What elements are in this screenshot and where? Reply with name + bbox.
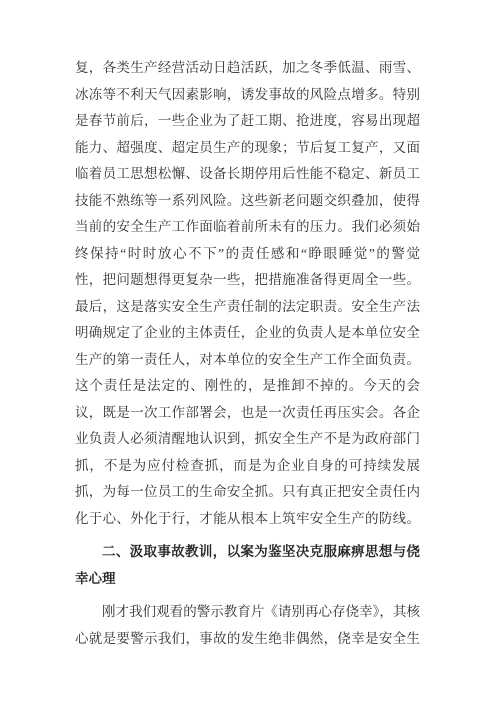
text-line: 这个责任是法定的、刚性的，是推卸不掉的。今天的会 [75, 373, 420, 400]
document-page: 复，各类生产经营活动日趋活跃，加之冬季低温、雨雪、冰冻等不利天气因素影响，诱发事… [0, 0, 500, 708]
text-line: 业负责人必须清醒地认识到，抓安全生产不是为政府部门 [75, 426, 420, 453]
text-line: 化于心、外化于行，才能从根本上筑牢安全生产的防线。 [75, 506, 420, 533]
text-line: 刚才我们观看的警示教育片《请别再心存侥幸》，其核 [75, 599, 420, 626]
text-line: 复，各类生产经营活动日趋活跃，加之冬季低温、雨雪、 [75, 55, 420, 82]
text-line: 当前的安全生产工作面临着前所未有的压力。我们必须始 [75, 214, 420, 241]
text-line: 心就是要警示我们，事故的发生绝非偶然，侥幸是安全生 [75, 626, 420, 653]
body-paragraph: 刚才我们观看的警示教育片《请别再心存侥幸》，其核心就是要警示我们，事故的发生绝非… [75, 599, 420, 652]
text-line: 明确规定了企业的主体责任，企业的负责人是本单位安全 [75, 320, 420, 347]
text-line: 抓，不是为应付检查抓，而是为企业自身的可持续发展 [75, 453, 420, 480]
body-paragraph: 复，各类生产经营活动日趋活跃，加之冬季低温、雨雪、冰冻等不利天气因素影响，诱发事… [75, 55, 420, 532]
text-line: 议，既是一次工作部署会，也是一次责任再压实会。各企 [75, 400, 420, 427]
text-line: 最后，这是落实安全生产责任制的法定职责。安全生产法 [75, 294, 420, 321]
text-line: 抓，为每一位员工的生命安全抓。只有真正把安全责任内 [75, 479, 420, 506]
text-line: 性，把问题想得更复杂一些，把措施准备得更周全一些。 [75, 267, 420, 294]
text-line: 技能不熟练等一系列风险。这些新老问题交织叠加，使得 [75, 188, 420, 215]
text-line: 能力、超强度、超定员生产的现象；节后复工复产，又面 [75, 135, 420, 162]
text-line: 冰冻等不利天气因素影响，诱发事故的风险点增多。特别 [75, 82, 420, 109]
text-line: 二、汲取事故教训，以案为鉴坚决克服麻痹思想与侥 [75, 539, 420, 566]
text-line: 生产的第一责任人，对本单位的安全生产工作全面负责。 [75, 347, 420, 374]
text-line: 临着员工思想松懈、设备长期停用后性能不稳定、新员工 [75, 161, 420, 188]
text-line: 幸心理 [75, 566, 420, 593]
text-line: 是春节前后，一些企业为了赶工期、抢进度，容易出现超 [75, 108, 420, 135]
section-heading: 二、汲取事故教训，以案为鉴坚决克服麻痹思想与侥幸心理 [75, 539, 420, 592]
text-line: 终保持“时时放心不下”的责任感和“睁眼睡觉”的警觉 [75, 241, 420, 268]
document-content: 复，各类生产经营活动日趋活跃，加之冬季低温、雨雪、冰冻等不利天气因素影响，诱发事… [75, 55, 420, 652]
